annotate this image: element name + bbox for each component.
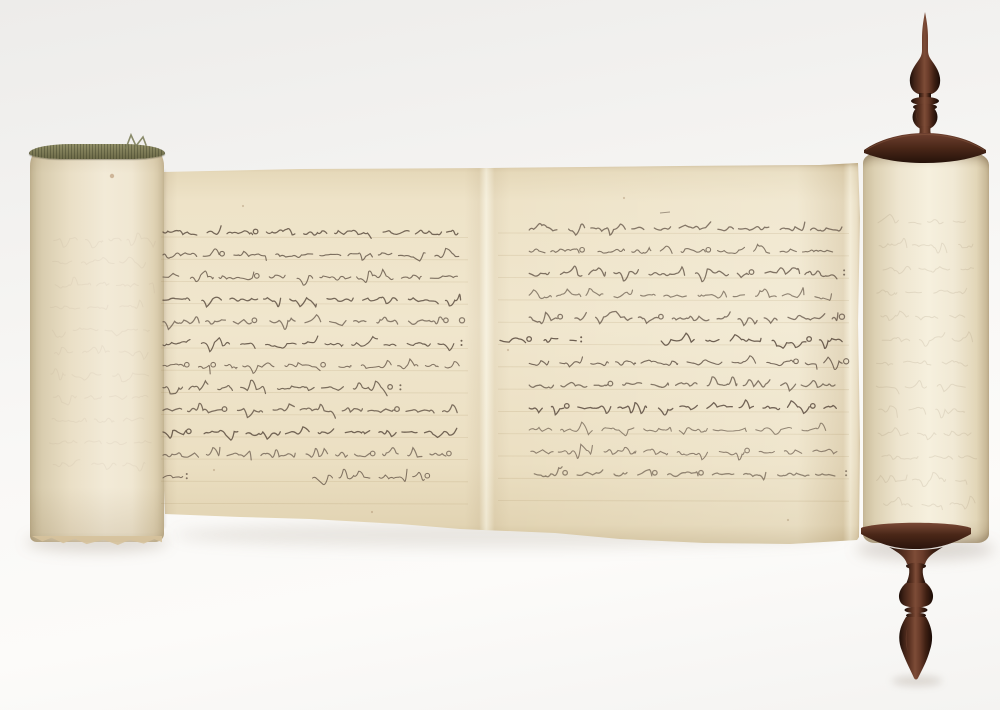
parchment-sheet [160, 163, 860, 548]
right-rolled-parchment [863, 153, 989, 543]
finial-ring [905, 607, 928, 613]
top-finial [852, 6, 998, 164]
green-binding-edge [29, 144, 165, 159]
finial-ball [913, 105, 938, 130]
scroll-photograph [0, 0, 1000, 710]
roller-disc [864, 133, 986, 163]
bottom-finial [845, 518, 991, 684]
left-rolled-scroll [30, 150, 164, 542]
roller-disc [861, 523, 971, 549]
finial-bulb [899, 583, 933, 608]
finial-spike [910, 12, 940, 95]
finial-teardrop-tip [899, 617, 932, 680]
disc-under-cone [889, 547, 943, 564]
finial-stem [906, 568, 926, 584]
